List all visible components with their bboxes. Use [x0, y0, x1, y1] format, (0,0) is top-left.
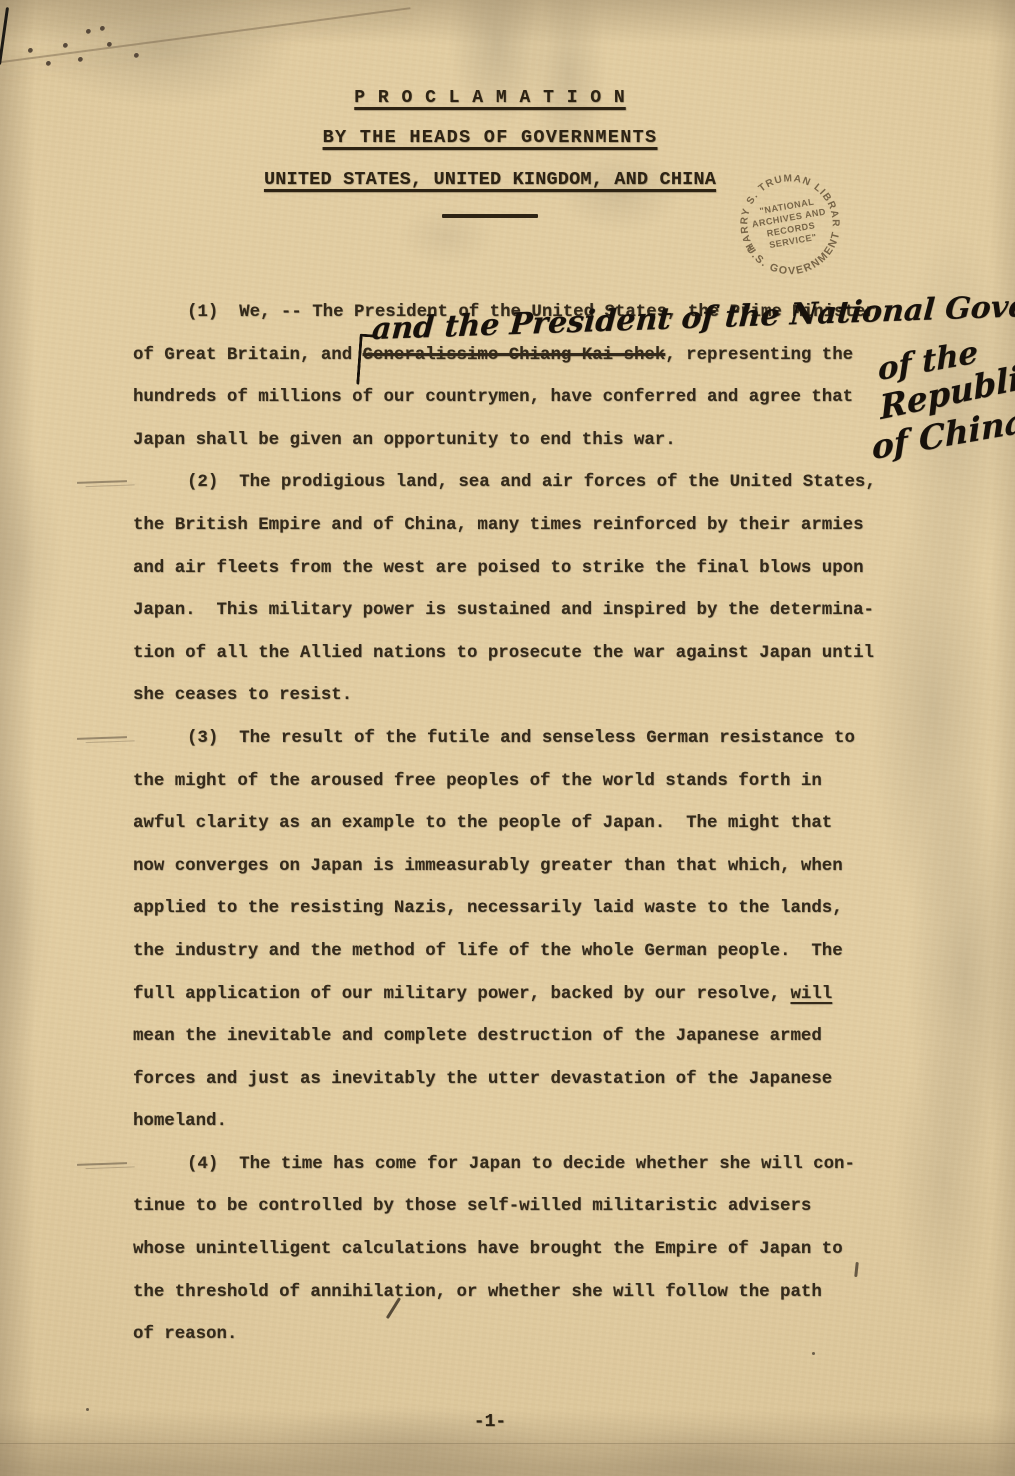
text-line: the might of the aroused free peoples of… [133, 761, 933, 804]
text-line: Japan. This military power is sustained … [133, 590, 933, 633]
struck-through-text: Generalissimo Chiang Kai-shek [363, 346, 666, 365]
margin-edit-dash [77, 736, 127, 740]
text-line: homeland. [133, 1101, 933, 1144]
text-line: mean the inevitable and complete destruc… [133, 1016, 933, 1059]
typewritten-text: full application of our military power, … [133, 985, 790, 1004]
typewritten-text: the might of the aroused free peoples of… [133, 772, 822, 791]
text-line: the British Empire and of China, many ti… [133, 505, 933, 548]
text-line: hundreds of millions of our countrymen, … [133, 377, 933, 420]
top-corner-crease [0, 7, 411, 64]
text-line: Japan shall be given an opportunity to e… [133, 420, 933, 463]
paper-fleck [86, 1408, 89, 1411]
typewritten-text: (4) The time has come for Japan to decid… [187, 1155, 855, 1174]
text-line: (3) The result of the futile and sensele… [133, 718, 933, 761]
heading-subtitle-1: BY THE HEADS OF GOVERNMENTS [120, 127, 860, 148]
typewritten-text: Japan. This military power is sustained … [133, 601, 874, 620]
typewritten-text: mean the inevitable and complete destruc… [133, 1027, 822, 1046]
typewritten-text: of Great Britain, and [133, 346, 363, 365]
text-line: tinue to be controlled by those self-wil… [133, 1186, 933, 1229]
text-line: she ceases to resist. [133, 675, 933, 718]
page-number: -1- [120, 1412, 860, 1432]
text-line: and air fleets from the west are poised … [133, 548, 933, 591]
typewritten-text: applied to the resisting Nazis, necessar… [133, 899, 843, 918]
bottom-crease [0, 1443, 1015, 1444]
typewritten-text: tion of all the Allied nations to prosec… [133, 644, 874, 663]
typewritten-text: whose unintelligent calculations have br… [133, 1240, 843, 1259]
text-line: applied to the resisting Nazis, necessar… [133, 888, 933, 931]
typewritten-text: the threshold of annihilation, or whethe… [133, 1283, 822, 1302]
truman-library-stamp: HARRY S. TRUMAN LIBRARY U.S. GOVERNMENT … [726, 160, 854, 288]
typewritten-text: forces and just as inevitably the utter … [133, 1070, 832, 1089]
stamp-graphic: HARRY S. TRUMAN LIBRARY U.S. GOVERNMENT … [726, 160, 854, 288]
margin-edit-dash [77, 481, 127, 485]
typewritten-text: (2) The prodigious land, sea and air for… [187, 473, 876, 492]
typewritten-text: now converges on Japan is immeasurably g… [133, 857, 843, 876]
text-line: the threshold of annihilation, or whethe… [133, 1272, 933, 1315]
typewritten-text: hundreds of millions of our countrymen, … [133, 388, 853, 407]
staple-hole [46, 61, 51, 66]
typewritten-text: homeland. [133, 1112, 227, 1131]
document-page: P R O C L A M A T I O N BY THE HEADS OF … [0, 0, 1015, 1476]
staple-hole [86, 29, 91, 34]
text-line: full application of our military power, … [133, 974, 933, 1017]
heading-rule [442, 214, 538, 218]
typewritten-text: Japan shall be given an opportunity to e… [133, 431, 676, 450]
staple-hole [107, 42, 112, 47]
corner-pen-mark [0, 7, 9, 65]
typewritten-text: the British Empire and of China, many ti… [133, 516, 864, 535]
typewritten-text: (3) The result of the futile and sensele… [187, 729, 855, 748]
typewritten-text: and air fleets from the west are poised … [133, 559, 864, 578]
typewritten-text: awful clarity as an example to the peopl… [133, 814, 832, 833]
page-title: P R O C L A M A T I O N [120, 88, 860, 108]
text-line: forces and just as inevitably the utter … [133, 1059, 933, 1102]
text-line: tion of all the Allied nations to prosec… [133, 633, 933, 676]
text-line: (2) The prodigious land, sea and air for… [133, 462, 933, 505]
typewritten-text: she ceases to resist. [133, 686, 352, 705]
typewritten-text: tinue to be controlled by those self-wil… [133, 1197, 811, 1216]
staple-hole [78, 57, 83, 62]
text-line: the industry and the method of life of t… [133, 931, 933, 974]
underlined-text: will [790, 985, 832, 1004]
staple-hole [63, 43, 68, 48]
typewritten-text: of reason. [133, 1325, 237, 1344]
text-line: whose unintelligent calculations have br… [133, 1229, 933, 1272]
text-line: of reason. [133, 1314, 933, 1357]
typewritten-text: , representing the [665, 346, 853, 365]
staple-hole [28, 48, 33, 53]
text-line: now converges on Japan is immeasurably g… [133, 846, 933, 889]
text-line: (4) The time has come for Japan to decid… [133, 1144, 933, 1187]
margin-edit-dash [77, 1162, 127, 1166]
staple-hole [100, 26, 105, 31]
staple-hole [134, 53, 139, 58]
document-body: (1) We, -- The President of the United S… [133, 292, 933, 1357]
typewritten-text: the industry and the method of life of t… [133, 942, 843, 961]
text-line: awful clarity as an example to the peopl… [133, 803, 933, 846]
